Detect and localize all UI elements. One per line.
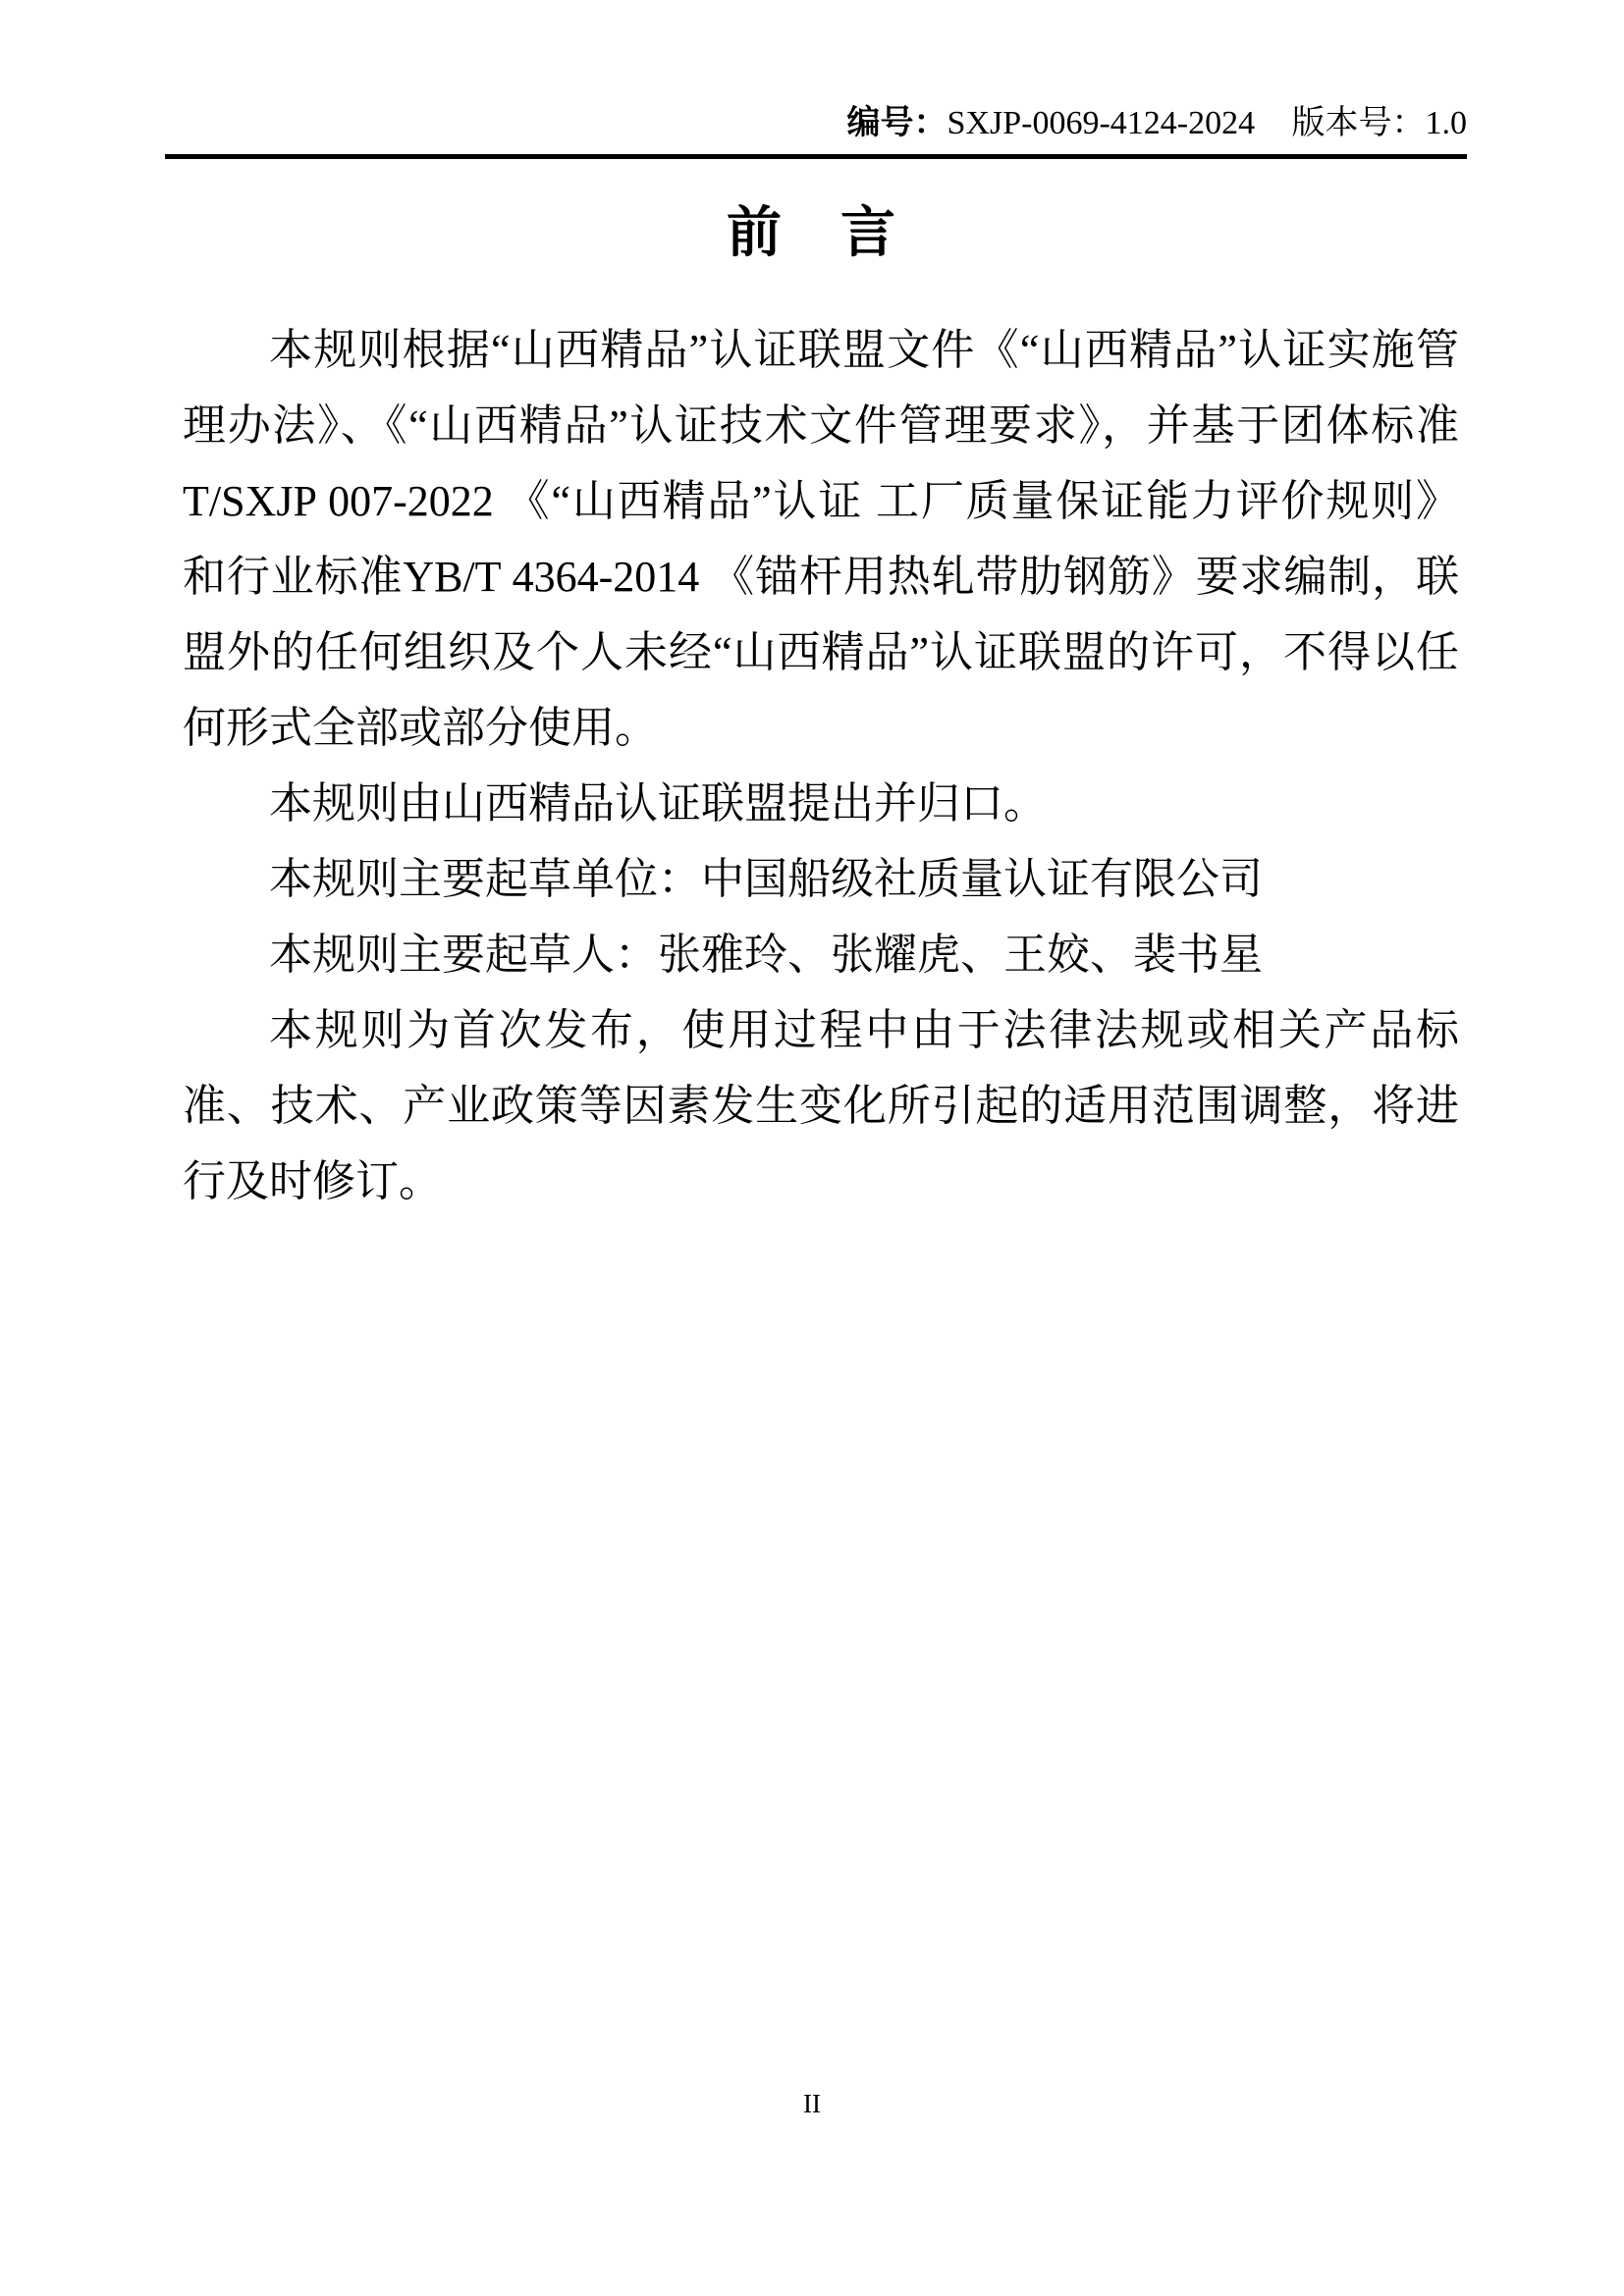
doc-version-label: 版本号： — [1292, 105, 1426, 141]
document-body: 本规则根据“山西精品”认证联盟文件《“山西精品”认证实施管理办法》、《“山西精品… — [183, 312, 1459, 1219]
paragraph-intro: 本规则根据“山西精品”认证联盟文件《“山西精品”认证实施管理办法》、《“山西精品… — [183, 312, 1459, 766]
document-header: 编号：SXJP-0069-4124-2024版本号：1.0 — [165, 102, 1467, 159]
page-number: II — [0, 2087, 1624, 2120]
document-page: 编号：SXJP-0069-4124-2024版本号：1.0 前 言 本规则根据“… — [0, 0, 1624, 2296]
doc-number-label: 编号： — [847, 105, 947, 141]
paragraph-proposed-by: 本规则由山西精品认证联盟提出并归口。 — [183, 766, 1459, 841]
paragraph-drafting-organization: 本规则主要起草单位：中国船级社质量认证有限公司 — [183, 841, 1459, 917]
doc-version-value: 1.0 — [1426, 105, 1468, 141]
doc-number-value: SXJP-0069-4124-2024 — [947, 105, 1256, 141]
paragraph-drafters: 本规则主要起草人：张雅玲、张耀虎、王姣、裴书星 — [183, 917, 1459, 992]
page-title: 前 言 — [0, 194, 1624, 273]
paragraph-first-release: 本规则为首次发布，使用过程中由于法律法规或相关产品标准、技术、产业政策等因素发生… — [183, 992, 1459, 1219]
